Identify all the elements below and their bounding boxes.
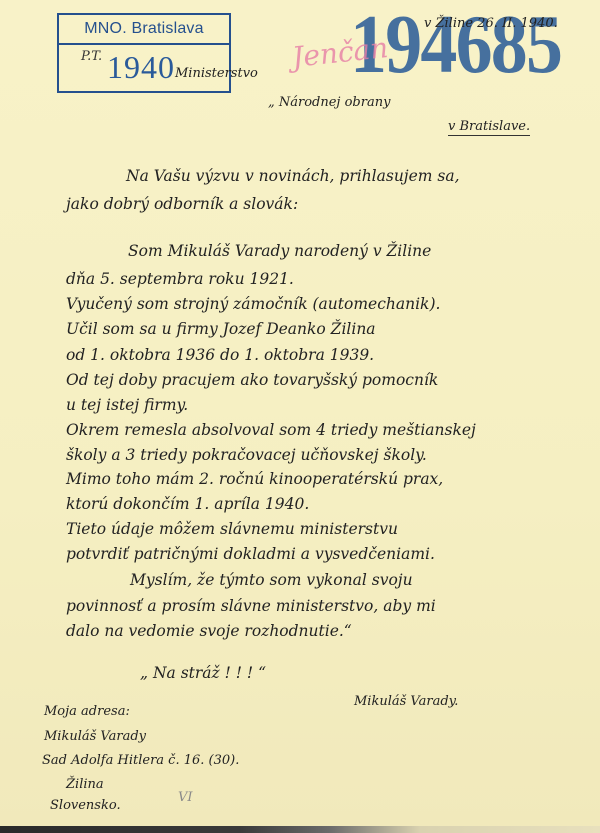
document-page: MNO. Bratislava P.T. 1940 194685 Jenčan … [0, 0, 600, 826]
address-street: Sad Adolfa Hitlera č. 16. (30). [42, 753, 239, 768]
body-line: Od tej doby pracujem ako tovaryšský pomo… [66, 371, 438, 389]
place-date: v Žiline 26. II. 1940. [424, 16, 558, 31]
body-line: školy a 3 triedy pokračovacej učňovskej … [66, 446, 427, 464]
address-name: Mikuláš Varady [44, 729, 146, 744]
body-line: Mimo toho mám 2. ročnú kinooperatérskú p… [66, 470, 443, 488]
address-country: Slovensko. [50, 798, 121, 813]
body-line: dňa 5. septembra roku 1921. [66, 270, 294, 288]
signature: Mikuláš Varady. [354, 694, 458, 709]
stamp-initials: P.T. [81, 49, 102, 64]
body-line: Tieto údaje môžem slávnemu ministerstvu [66, 520, 398, 538]
body-line: povinnosť a prosím slávne ministerstvo, … [66, 597, 436, 615]
closing-salute: „ Na stráž ! ! ! “ [140, 664, 266, 682]
address-city: Žilina [66, 777, 104, 792]
body-line: dalo na vedomie svoje rozhodnutie.“ [66, 622, 352, 640]
scan-bottom-edge [0, 826, 600, 833]
body-line: u tej istej firmy. [66, 396, 188, 414]
body-line: potvrdiť patričnými dokladmi a vysvedčen… [66, 545, 435, 563]
body-line: ktorú dokončím 1. apríla 1940. [66, 495, 309, 513]
body-line: Okrem remesla absolvoval som 4 triedy me… [66, 421, 476, 439]
office-stamp: MNO. Bratislava P.T. 1940 [57, 13, 231, 93]
addressee-line-2: „ Národnej obrany [268, 95, 390, 110]
addressee-line-1: Ministerstvo [175, 66, 258, 81]
address-label: Moja adresa: [44, 704, 130, 719]
stamp-header: MNO. Bratislava [59, 15, 229, 45]
addressee-line-3: v Bratislave. [448, 119, 530, 136]
body-line: Na Vašu výzvu v novinách, prihlasujem sa… [126, 167, 460, 185]
body-line: Som Mikuláš Varady narodený v Žiline [128, 242, 431, 260]
body-line: jako dobrý odborník a slovák: [66, 195, 298, 213]
body-line: Učil som sa u firmy Jozef Deanko Žilina [66, 320, 376, 338]
pencil-mark: VI [178, 790, 193, 805]
body-line: Myslím, že týmto som vykonal svoju [130, 571, 413, 589]
stamp-year: 1940 [107, 49, 175, 86]
body-line: od 1. oktobra 1936 do 1. oktobra 1939. [66, 346, 374, 364]
body-line: Vyučený som strojný zámočník (automechan… [66, 295, 440, 313]
